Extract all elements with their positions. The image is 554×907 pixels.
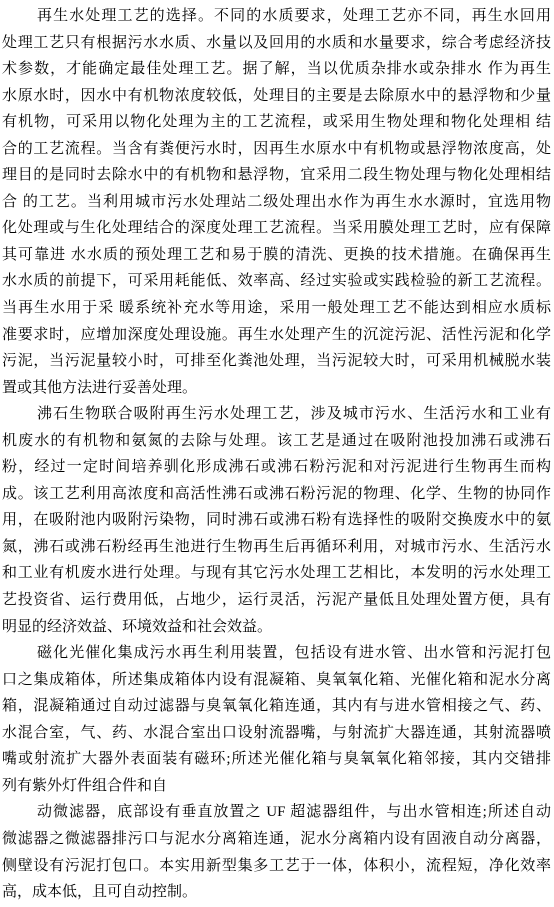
text-line: 理目的是同时去除水中的有机物和悬浮物，宜采用二段生物处理与物化处理相结 [2, 162, 551, 189]
text-line: 磁化光催化集成污水再生利用装置，包括设有进水管、出水管和污泥打包 [2, 640, 551, 667]
text-line: 水水质的前提下，可采用耗能低、效率高、经过实验或实践检验的新工艺流程。 [2, 268, 551, 295]
text-line: 侧壁设有污泥打包口。本实用新型集多工艺于一体，体积小，流程短，净化效率 [2, 853, 551, 880]
text-line: 艺投资省、运行费用低，占地少，运行灵活，污泥产量低且处理处置方便，具有 [2, 587, 551, 614]
document-page: 再生水处理工艺的选择。不同的水质要求，处理工艺亦不同，再生水回用处理工艺只有根据… [0, 0, 554, 907]
text-line: 准要求时，应增加深度处理设施。再生水处理产生的沉淀污泥、活性污泥和化学 [2, 322, 551, 349]
text-line: 动微滤器，底部设有垂直放置之 UF 超滤器组件，与出水管相连;所述自动 [2, 799, 551, 826]
text-line: 水原水时，因水中有机物浓度较低，处理目的主要是去除原水中的悬浮物和少量 [2, 83, 551, 110]
text-line: 再生水处理工艺的选择。不同的水质要求，处理工艺亦不同，再生水回用 [2, 3, 551, 30]
text-line: 明显的经济效益、环境效益和社会效益。 [2, 614, 551, 641]
text-line: 嘴或射流扩大器外表面装有磁环;所述光催化箱与臭氧氧化箱邻接，其内交错排 [2, 746, 551, 773]
text-line: 置或其他方法进行妥善处理。 [2, 375, 551, 402]
text-line: 当再生水用于采 暖系统补充水等用途，采用一般处理工艺不能达到相应水质标 [2, 295, 551, 322]
text-line: 氮，沸石或沸石粉经再生池进行生物再生后再循环利用，对城市污水、生活污水 [2, 534, 551, 561]
text-line: 用，在吸附池内吸附污染物，同时沸石或沸石粉有选择性的吸附交换废水中的氨 [2, 507, 551, 534]
text-line: 合的工艺流程。当含有粪便污水时，因再生水原水中有机物或悬浮物浓度高，处 [2, 136, 551, 163]
text-line: 术参数，才能确定最佳处理工艺。据了解，当以优质杂排水或杂排水 作为再生 [2, 56, 551, 83]
text-line: 微滤器之微滤器排污口与泥水分离箱连通，泥水分离箱内设有固液自动分离器， [2, 826, 551, 853]
text-line: 箱，混凝箱通过自动过滤器与臭氧氧化箱连通，其内有与进水管相接之气、药、 [2, 693, 551, 720]
text-line: 粉，经过一定时间培养驯化形成沸石或沸石粉污泥和对污泥进行生物再生而构 [2, 454, 551, 481]
text-line: 污泥，当污泥量较小时，可排至化粪池处理，当污泥较大时，可采用机械脱水装 [2, 348, 551, 375]
text-line: 有机物，可采用以物化处理为主的工艺流程，或采用生物处理和物化处理相 结 [2, 109, 551, 136]
text-line: 机废水的有机物和氨氮的去除与处理。该工艺是通过在吸附池投加沸石或沸石 [2, 428, 551, 455]
text-line: 水混合室，气、药、水混合室出口设射流器嘴，与射流扩大器连通，其射流器喷 [2, 720, 551, 747]
text-line: 高，成本低，且可自动控制。 [2, 879, 551, 906]
document-text: 再生水处理工艺的选择。不同的水质要求，处理工艺亦不同，再生水回用处理工艺只有根据… [2, 3, 551, 906]
text-line: 和工业有机废水进行处理。与现有其它污水处理工艺相比，本发明的污水处理工 [2, 560, 551, 587]
text-line: 处理工艺只有根据污水水质、水量以及回用的水质和水量要求，综合考虑经济技 [2, 30, 551, 57]
text-line: 口之集成箱体，所述集成箱体内设有混凝箱、臭氧氧化箱、光催化箱和泥水分离 [2, 667, 551, 694]
text-line: 成。该工艺利用高浓度和高活性沸石或沸石粉污泥的物理、化学、生物的协同作 [2, 481, 551, 508]
text-line: 列有紫外灯件组合件和自 [2, 773, 551, 800]
text-line: 合 的工艺。当利用城市污水处理站二级处理出水作为再生水水源时，宜选用物 [2, 189, 551, 216]
text-line: 化处理或与生化处理结合的深度处理工艺流程。当采用膜处理工艺时，应有保障 [2, 215, 551, 242]
text-line: 沸石生物联合吸附再生污水处理工艺，涉及城市污水、生活污水和工业有 [2, 401, 551, 428]
text-line: 其可靠进 水水质的预处理工艺和易于膜的清洗、更换的技术措施。在确保再生 [2, 242, 551, 269]
